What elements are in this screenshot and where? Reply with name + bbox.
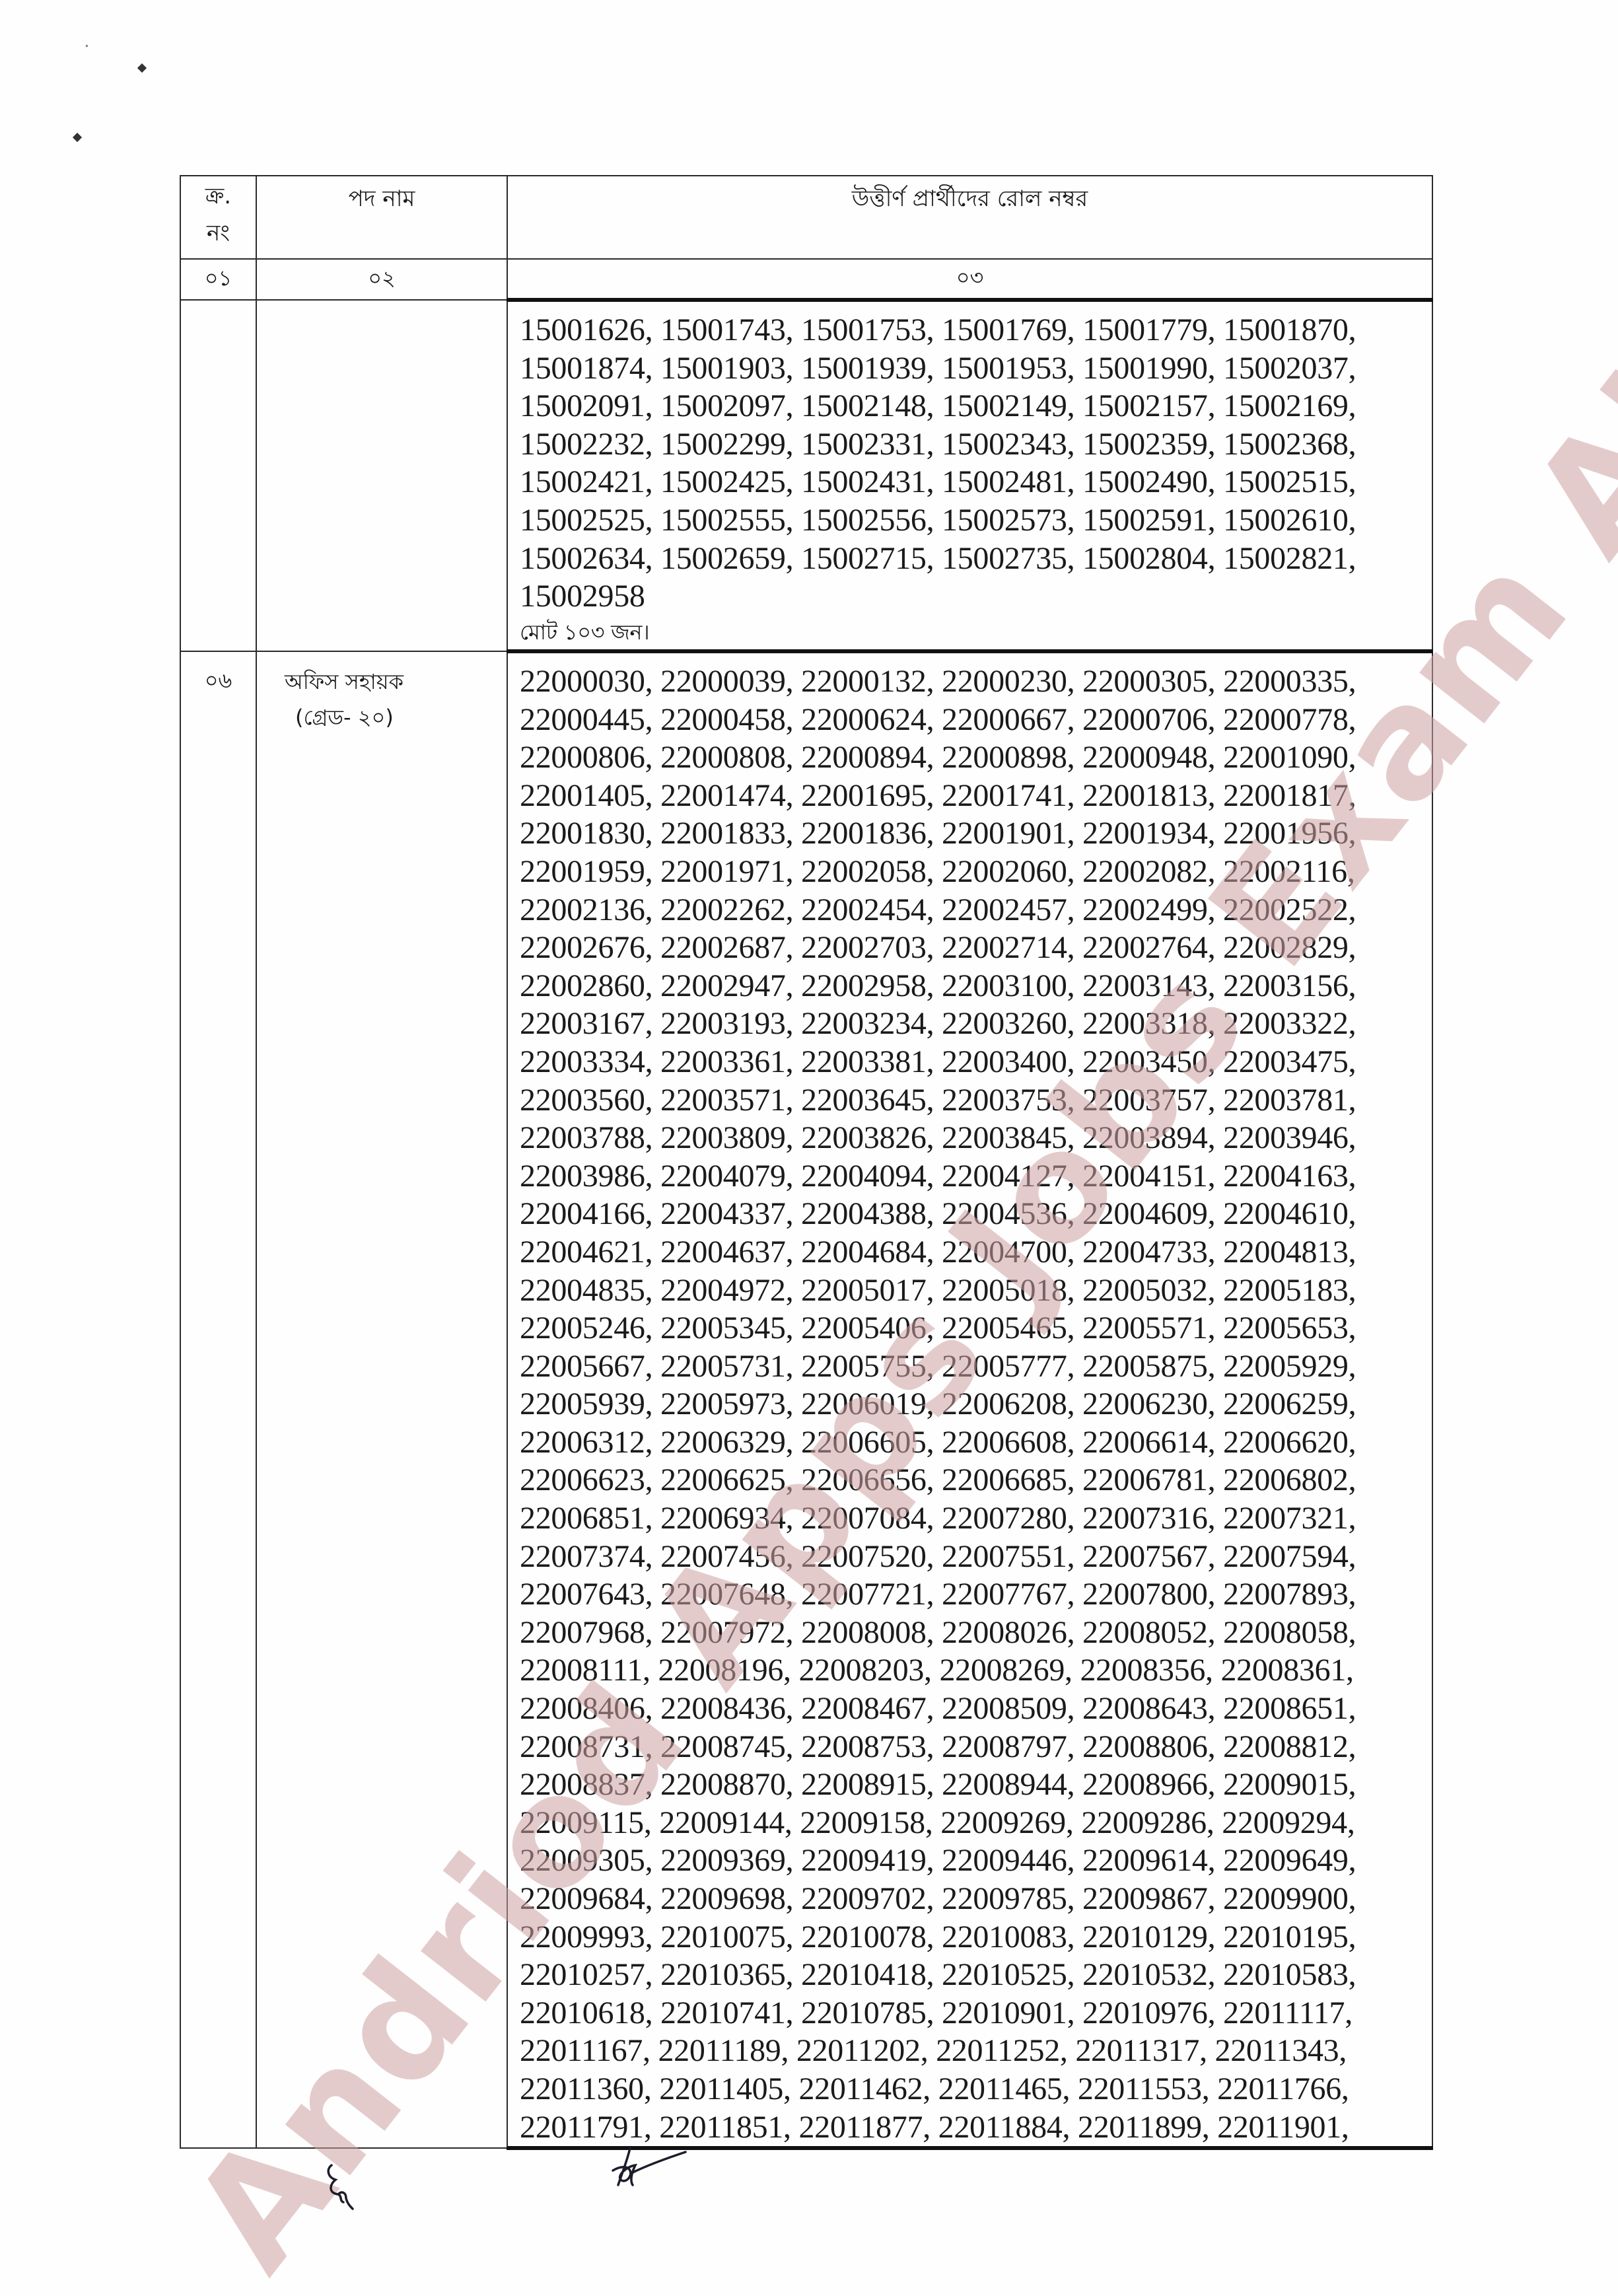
roll-number-line: 15002091, 15002097, 15002148, 15002149, … (520, 387, 1419, 425)
header-serial: ক্র. নং (180, 176, 256, 259)
roll-number-line: 15001626, 15001743, 15001753, 15001769, … (520, 311, 1419, 349)
column-number-1: ০১ (180, 259, 256, 300)
post-cell (256, 300, 507, 651)
roll-number-line: 22001959, 22001971, 22002058, 22002060, … (520, 853, 1419, 891)
roll-number-line: 22003167, 22003193, 22003234, 22003260, … (520, 1005, 1419, 1043)
roll-number-line: 22008406, 22008436, 22008467, 22008509, … (520, 1690, 1419, 1728)
initial-signature-icon (324, 2160, 370, 2213)
roll-number-line: 15002525, 15002555, 15002556, 15002573, … (520, 501, 1419, 540)
roll-number-line: 22010257, 22010365, 22010418, 22010525, … (520, 1956, 1419, 1994)
roll-number-line: 22003788, 22003809, 22003826, 22003845, … (520, 1119, 1419, 1157)
roll-number-line: 15002958 (520, 577, 1419, 616)
roll-number-line: 15001874, 15001903, 15001939, 15001953, … (520, 349, 1419, 388)
scan-speck (137, 63, 147, 73)
roll-number-line: 15002421, 15002425, 15002431, 15002481, … (520, 463, 1419, 501)
header-serial-line2: নং (207, 220, 230, 246)
header-post-name: পদ নাম (256, 176, 507, 259)
column-number-3: ০৩ (507, 259, 1432, 300)
header-row: ক্র. নং পদ নাম উত্তীর্ণ প্রার্থীদের রোল … (180, 176, 1432, 259)
roll-number-line: 22004621, 22004637, 22004684, 22004700, … (520, 1233, 1419, 1272)
roll-number-line: 22000806, 22000808, 22000894, 22000898, … (520, 738, 1419, 777)
total-count: মোট ১০৩ জন। (520, 616, 1419, 649)
table-row: 15001626, 15001743, 15001753, 15001769, … (180, 300, 1432, 651)
roll-number-line: 22005667, 22005731, 22005755, 22005777, … (520, 1347, 1419, 1386)
scan-speck (85, 44, 88, 47)
roll-number-line: 22002676, 22002687, 22002703, 22002714, … (520, 929, 1419, 967)
roll-number-line: 22008111, 22008196, 22008203, 22008269, … (520, 1651, 1419, 1690)
roll-number-line: 22011167, 22011189, 22011202, 22011252, … (520, 2032, 1419, 2070)
roll-number-line: 22007968, 22007972, 22008008, 22008026, … (520, 1614, 1419, 1652)
roll-number-line: 22005939, 22005973, 22006019, 22006208, … (520, 1385, 1419, 1423)
roll-number-line: 22006851, 22006934, 22007084, 22007280, … (520, 1499, 1419, 1538)
roll-number-line: 22003334, 22003361, 22003381, 22003400, … (520, 1043, 1419, 1081)
roll-number-line: 22005246, 22005345, 22005406, 22005465, … (520, 1309, 1419, 1347)
roll-number-line: 22006623, 22006625, 22006656, 22006685, … (520, 1461, 1419, 1499)
roll-number-line: 22011360, 22011405, 22011462, 22011465, … (520, 2070, 1419, 2108)
roll-number-line: 22004166, 22004337, 22004388, 22004536, … (520, 1195, 1419, 1233)
full-signature-icon (608, 2147, 693, 2200)
roll-number-line: 22004835, 22004972, 22005017, 22005018, … (520, 1272, 1419, 1310)
roll-number-list: 15001626, 15001743, 15001753, 15001769, … (508, 302, 1432, 649)
roll-number-line: 22007374, 22007456, 22007520, 22007551, … (520, 1538, 1419, 1576)
roll-number-line: 15002232, 15002299, 15002331, 15002343, … (520, 425, 1419, 464)
roll-number-line: 22001405, 22001474, 22001695, 22001741, … (520, 777, 1419, 815)
roll-number-line: 22000445, 22000458, 22000624, 22000667, … (520, 701, 1419, 739)
serial-cell: ০৬ (180, 651, 256, 2148)
roll-number-line: 15002634, 15002659, 15002715, 15002735, … (520, 540, 1419, 578)
post-name: অফিস সহায়ক (285, 669, 404, 694)
roll-number-line: 22011791, 22011851, 22011877, 22011884, … (520, 2108, 1419, 2147)
roll-number-line: 22002860, 22002947, 22002958, 22003100, … (520, 967, 1419, 1005)
roll-number-line: 22003986, 22004079, 22004094, 22004127, … (520, 1157, 1419, 1196)
roll-number-line: 22006312, 22006329, 22006605, 22006608, … (520, 1423, 1419, 1462)
header-roll-numbers: উত্তীর্ণ প্রার্থীদের রোল নম্বর (507, 176, 1432, 259)
roll-number-line: 22009684, 22009698, 22009702, 22009785, … (520, 1880, 1419, 1918)
roll-number-line: 22007643, 22007648, 22007721, 22007767, … (520, 1575, 1419, 1614)
roll-number-line: 22009993, 22010075, 22010078, 22010083, … (520, 1918, 1419, 1956)
roll-cell: 15001626, 15001743, 15001753, 15001769, … (507, 300, 1432, 651)
scan-speck (73, 133, 82, 142)
roll-cell: 22000030, 22000039, 22000132, 22000230, … (507, 651, 1432, 2148)
header-serial-line1: ক্র. (205, 183, 231, 209)
roll-number-line: 22008731, 22008745, 22008753, 22008797, … (520, 1728, 1419, 1766)
result-table: ক্র. নং পদ নাম উত্তীর্ণ প্রার্থীদের রোল … (180, 175, 1433, 2150)
roll-number-line: 22001830, 22001833, 22001836, 22001901, … (520, 814, 1419, 853)
roll-number-line: 22009115, 22009144, 22009158, 22009269, … (520, 1804, 1419, 1842)
roll-number-line: 22009305, 22009369, 22009419, 22009446, … (520, 1842, 1419, 1880)
roll-number-line: 22008837, 22008870, 22008915, 22008944, … (520, 1766, 1419, 1804)
column-number-2: ০২ (256, 259, 507, 300)
post-grade: (গ্রেড- ২০) (285, 700, 507, 735)
column-number-row: ০১ ০২ ০৩ (180, 259, 1432, 300)
table-row: ০৬ অফিস সহায়ক (গ্রেড- ২০) 22000030, 220… (180, 651, 1432, 2148)
roll-number-line: 22002136, 22002262, 22002454, 22002457, … (520, 891, 1419, 929)
roll-number-line: 22003560, 22003571, 22003645, 22003753, … (520, 1081, 1419, 1120)
roll-number-line: 22010618, 22010741, 22010785, 22010901, … (520, 1994, 1419, 2032)
serial-cell (180, 300, 256, 651)
roll-number-line: 22000030, 22000039, 22000132, 22000230, … (520, 663, 1419, 701)
roll-number-list: 22000030, 22000039, 22000132, 22000230, … (508, 653, 1432, 2146)
post-cell: অফিস সহায়ক (গ্রেড- ২০) (256, 651, 507, 2148)
